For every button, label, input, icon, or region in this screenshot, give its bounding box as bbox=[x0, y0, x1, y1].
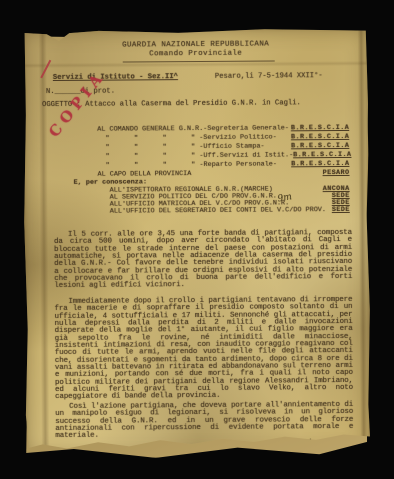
body-paragraph-1: Il 5 corr. alle ore 3,45 una forte banda… bbox=[54, 230, 352, 291]
distribution-addressee: " " " " -Servizio Politico- bbox=[97, 133, 277, 142]
distribution-city: B.R.E.S.C.I.A bbox=[293, 151, 351, 159]
distribution-city: B.R.E.S.C.I.A bbox=[291, 133, 349, 141]
body-paragraph-3: Così l'azione partigiana, che doveva por… bbox=[55, 402, 353, 441]
distribution-addressee: " " " " -Uff.Servizi di Istit.- bbox=[97, 151, 293, 160]
dateline: Pesaro,li 7-5-1944 XXII°- bbox=[215, 72, 323, 81]
top-crease-shadow bbox=[23, 61, 369, 68]
scan-background: { "page": { "background_color": "#060606… bbox=[0, 0, 394, 479]
distribution-addressee: " " " " -Ufficio Stampa- bbox=[97, 143, 264, 152]
service-line: Servizi di Istituto - Sez.II^ bbox=[53, 73, 178, 82]
distribution-city: B.R.E.S.C.I.A bbox=[291, 160, 349, 168]
body-paragraph-2: Immediatamente dopo il crollo i partigia… bbox=[54, 297, 353, 402]
cc-addressee: ALL'UFFICIO DEL SEGRETARIO DEI CONTI DEL… bbox=[98, 206, 326, 216]
cc-row: ALL'UFFICIO DEL SEGRETARIO DEI CONTI DEL… bbox=[98, 206, 350, 216]
office-title: Comando Provinciale bbox=[23, 49, 369, 59]
distribution-addressee: AL COMANDO GENERALE G.N.R.-Segreteria Ge… bbox=[97, 124, 289, 133]
distribution-addressee: " " " " -Reparto Personale- bbox=[97, 160, 277, 169]
distribution-city: B.R.E.S.C.I.A bbox=[291, 142, 349, 150]
document-page: COPIA GUARDIA NAZIONALE REPUBBLICANA Com… bbox=[23, 27, 372, 458]
subject-text: Attacco alla Caserma del Presidio G.N.R.… bbox=[85, 99, 301, 109]
distribution-city: PESARO bbox=[323, 169, 350, 177]
cc-city: SEDE bbox=[332, 206, 350, 214]
right-crease-shadow bbox=[357, 27, 367, 456]
distribution-row: AL CAPO DELLA PROVINCIA PESARO bbox=[97, 169, 349, 179]
distribution-city: B.R.E.S.C.I.A bbox=[291, 124, 349, 132]
